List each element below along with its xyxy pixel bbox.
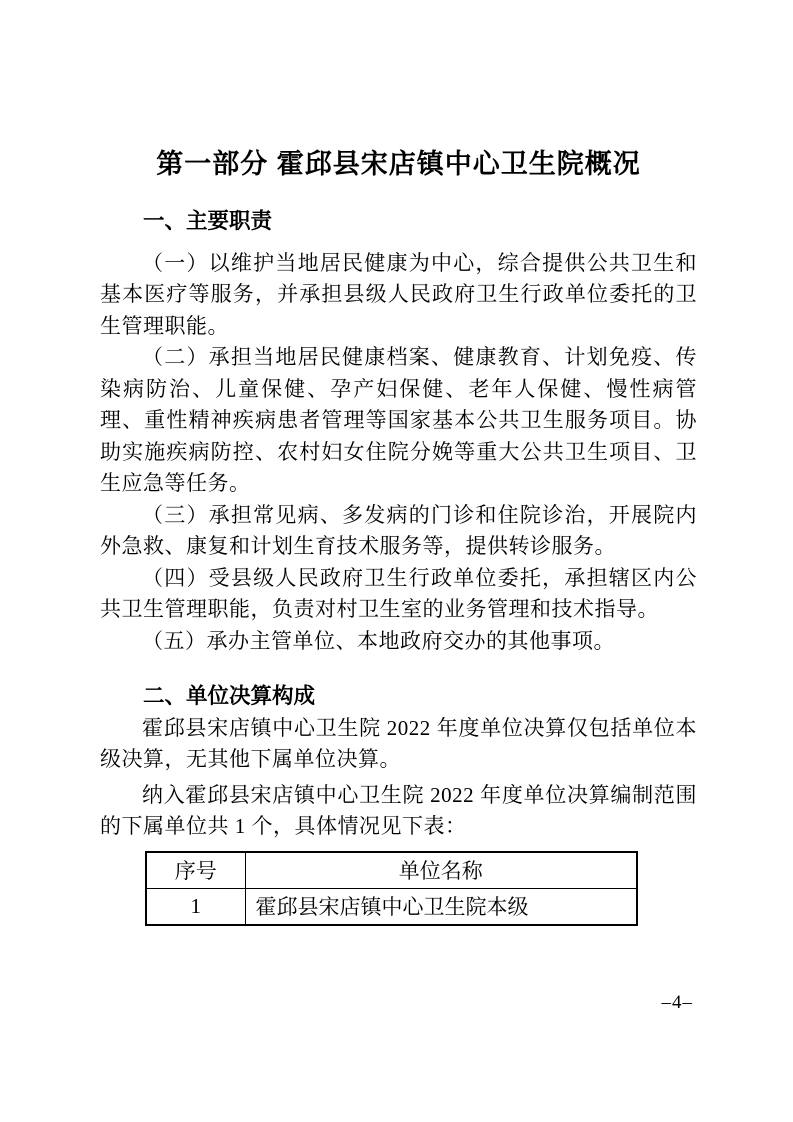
- table-header-unit-name: 单位名称: [245, 852, 637, 889]
- unit-list-table: 序号 单位名称 1 霍邱县宋店镇中心卫生院本级: [145, 851, 638, 926]
- table-header-row: 序号 单位名称: [146, 852, 637, 889]
- table-cell-unit-name: 霍邱县宋店镇中心卫生院本级: [245, 888, 637, 925]
- document-title: 第一部分 霍邱县宋店镇中心卫生院概况: [100, 148, 697, 181]
- section-1-heading: 一、主要职责: [100, 206, 697, 238]
- table-cell-seq: 1: [146, 888, 245, 925]
- section-1-paragraph-3: （三）承担常见病、多发病的门诊和住院诊治，开展院内外急救、康复和计划生育技术服务…: [100, 500, 697, 563]
- document-page: 第一部分 霍邱县宋店镇中心卫生院概况 一、主要职责 （一）以维护当地居民健康为中…: [0, 0, 793, 1122]
- section-2-heading: 二、单位决算构成: [100, 681, 697, 713]
- table-row: 1 霍邱县宋店镇中心卫生院本级: [146, 888, 637, 925]
- document-content: 第一部分 霍邱县宋店镇中心卫生院概况 一、主要职责 （一）以维护当地居民健康为中…: [100, 0, 697, 926]
- section-2-paragraph-2: 纳入霍邱县宋店镇中心卫生院 2022 年度单位决算编制范围的下属单位共 1 个，…: [100, 780, 697, 843]
- section-1-paragraph-4: （四）受县级人民政府卫生行政单位委托，承担辖区内公共卫生管理职能，负责对村卫生室…: [100, 563, 697, 626]
- section-1-paragraph-5: （五）承办主管单位、本地政府交办的其他事项。: [100, 626, 697, 658]
- section-1-paragraph-2: （二）承担当地居民健康档案、健康教育、计划免疫、传染病防治、儿童保健、孕产妇保健…: [100, 342, 697, 500]
- page-number: –4–: [662, 993, 694, 1013]
- section-2-paragraph-1: 霍邱县宋店镇中心卫生院 2022 年度单位决算仅包括单位本级决算，无其他下属单位…: [100, 713, 697, 776]
- section-1-paragraph-1: （一）以维护当地居民健康为中心，综合提供公共卫生和基本医疗等服务，并承担县级人民…: [100, 248, 697, 343]
- table-header-seq: 序号: [146, 852, 245, 889]
